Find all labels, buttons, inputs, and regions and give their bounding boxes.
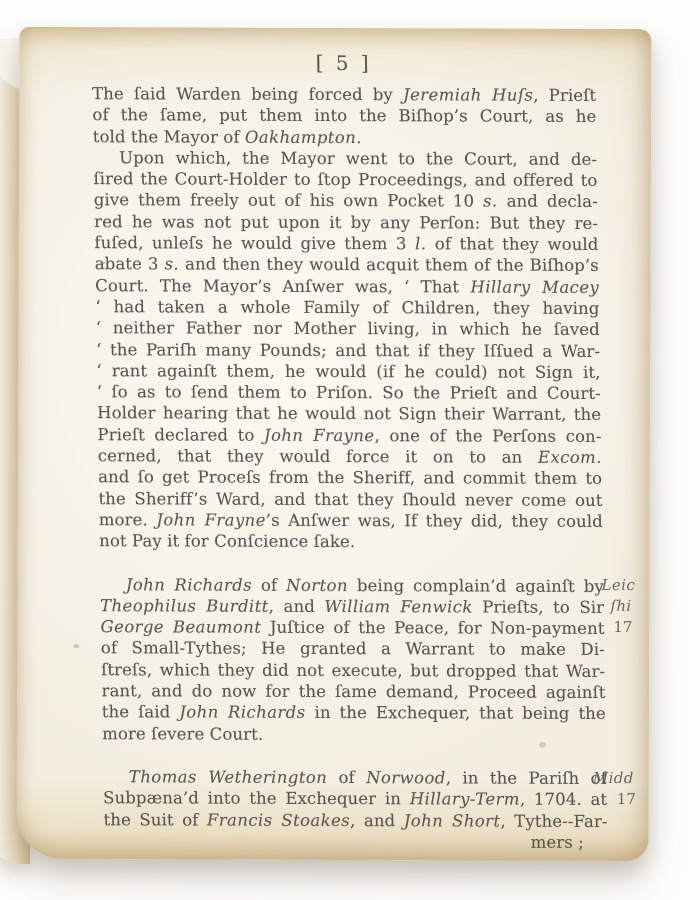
text-line: of Small-Tythes; He granted a Warrant to… — [101, 638, 605, 661]
text-line: of the ſame, put them into the Biſhop’s … — [92, 104, 596, 127]
margin-note-line: Leic — [601, 575, 635, 596]
text-line: ‘ ſo as to ſend them to Priſon. So the P… — [97, 381, 601, 404]
text-line: Prieſt declared to John Frayne, one of t… — [97, 424, 601, 447]
page-text-block: [ 5 ] The ſaid Warden being forced by Je… — [91, 47, 608, 853]
margin-note-line: Midd — [593, 768, 636, 789]
text-line: ‘ had taken a whole Family of Children, … — [95, 296, 599, 319]
text-line: The ſaid Warden being forced by Jeremiah… — [92, 83, 596, 106]
page-number: [ 5 ] — [91, 47, 595, 79]
text-line: rant, and do now for the ſame demand, Pr… — [101, 680, 605, 703]
text-line: Court. The Mayor’s Anſwer was, ‘ That Hi… — [95, 275, 599, 298]
foxing-spot — [539, 742, 546, 748]
text-line: red he was not put upon it by any Perſon… — [94, 211, 598, 234]
margin-note-line: ſhi — [610, 596, 635, 617]
text-line: mers ; — [104, 830, 608, 853]
foxing-spot — [319, 180, 323, 184]
text-line: George Beaumont Juſtice of the Peace, fo… — [100, 616, 604, 639]
text-line: ‘ rant againſt them, he would (if he cou… — [96, 360, 600, 383]
paragraph-warden: The ſaid Warden being forced by Jeremiah… — [92, 83, 597, 149]
book: [ 5 ] The ſaid Warden being forced by Je… — [0, 26, 662, 868]
book-page: [ 5 ] The ſaid Warden being forced by Je… — [17, 27, 652, 861]
text-line: John Richards of Norton being complain’d… — [100, 574, 604, 597]
text-line: more ſevere Court. — [102, 723, 606, 746]
text-line: cerned, that they would force it on to a… — [98, 445, 602, 468]
book-photo: [ 5 ] The ſaid Warden being forced by Je… — [0, 0, 700, 900]
text-line: not Pay it for Conſcience ſake. — [99, 530, 603, 553]
paragraph-thomas-wetherington: Thomas Wetherington of Norwood, in the P… — [103, 766, 608, 853]
text-line: Upon which, the Mayor went to the Court,… — [93, 147, 597, 170]
text-line: Theophilus Burditt, and William Fenwick … — [100, 595, 604, 618]
margin-note-line: 17 — [617, 789, 636, 810]
text-line: and ſo get Proceſs from the Sheriff, and… — [98, 467, 602, 490]
foxing-spot — [101, 261, 106, 264]
text-line: ‘ neither Father nor Mother living, in w… — [96, 317, 600, 340]
text-line: fuſed, unleſs he would give them 3 l. of… — [94, 232, 598, 255]
text-line: ſtreſs, which they did not execute, but … — [101, 659, 605, 682]
text-line: the Sheriff’s Ward, and that they ſhould… — [98, 488, 602, 511]
margin-note-middlesex: Midd 17 — [593, 768, 636, 810]
paragraph-john-richards: John Richards of Norton being complain’d… — [100, 574, 607, 746]
text-line: Subpæna’d into the Exchequer in Hillary-… — [103, 787, 607, 810]
paragraph-mayor-court: Upon which, the Mayor went to the Court,… — [93, 147, 603, 553]
text-line: told the Mayor of Oakhampton. — [93, 126, 597, 149]
text-line: the ſaid John Richards in the Exchequer,… — [102, 702, 606, 725]
text-line: ſired the Court-Holder to ſtop Proceedin… — [93, 168, 597, 191]
foxing-spot — [73, 644, 79, 648]
text-line: the Suit of Francis Stoakes, and John Sh… — [103, 809, 607, 832]
text-line: Thomas Wetherington of Norwood, in the P… — [103, 766, 607, 789]
text-line: Holder hearing that he would not Sign th… — [97, 403, 601, 426]
text-line: more. John Frayne’s Anſwer was, If they … — [99, 509, 603, 532]
text-line: give them freely out of his own Pocket 1… — [94, 190, 598, 213]
text-line: ‘ the Pariſh many Pounds; and that if th… — [96, 339, 600, 362]
margin-note-leicestershire: Leic ſhi 17 — [601, 575, 635, 638]
margin-note-line: 17 — [613, 617, 635, 638]
text-line: abate 3 s. and then they would acquit th… — [95, 254, 599, 277]
